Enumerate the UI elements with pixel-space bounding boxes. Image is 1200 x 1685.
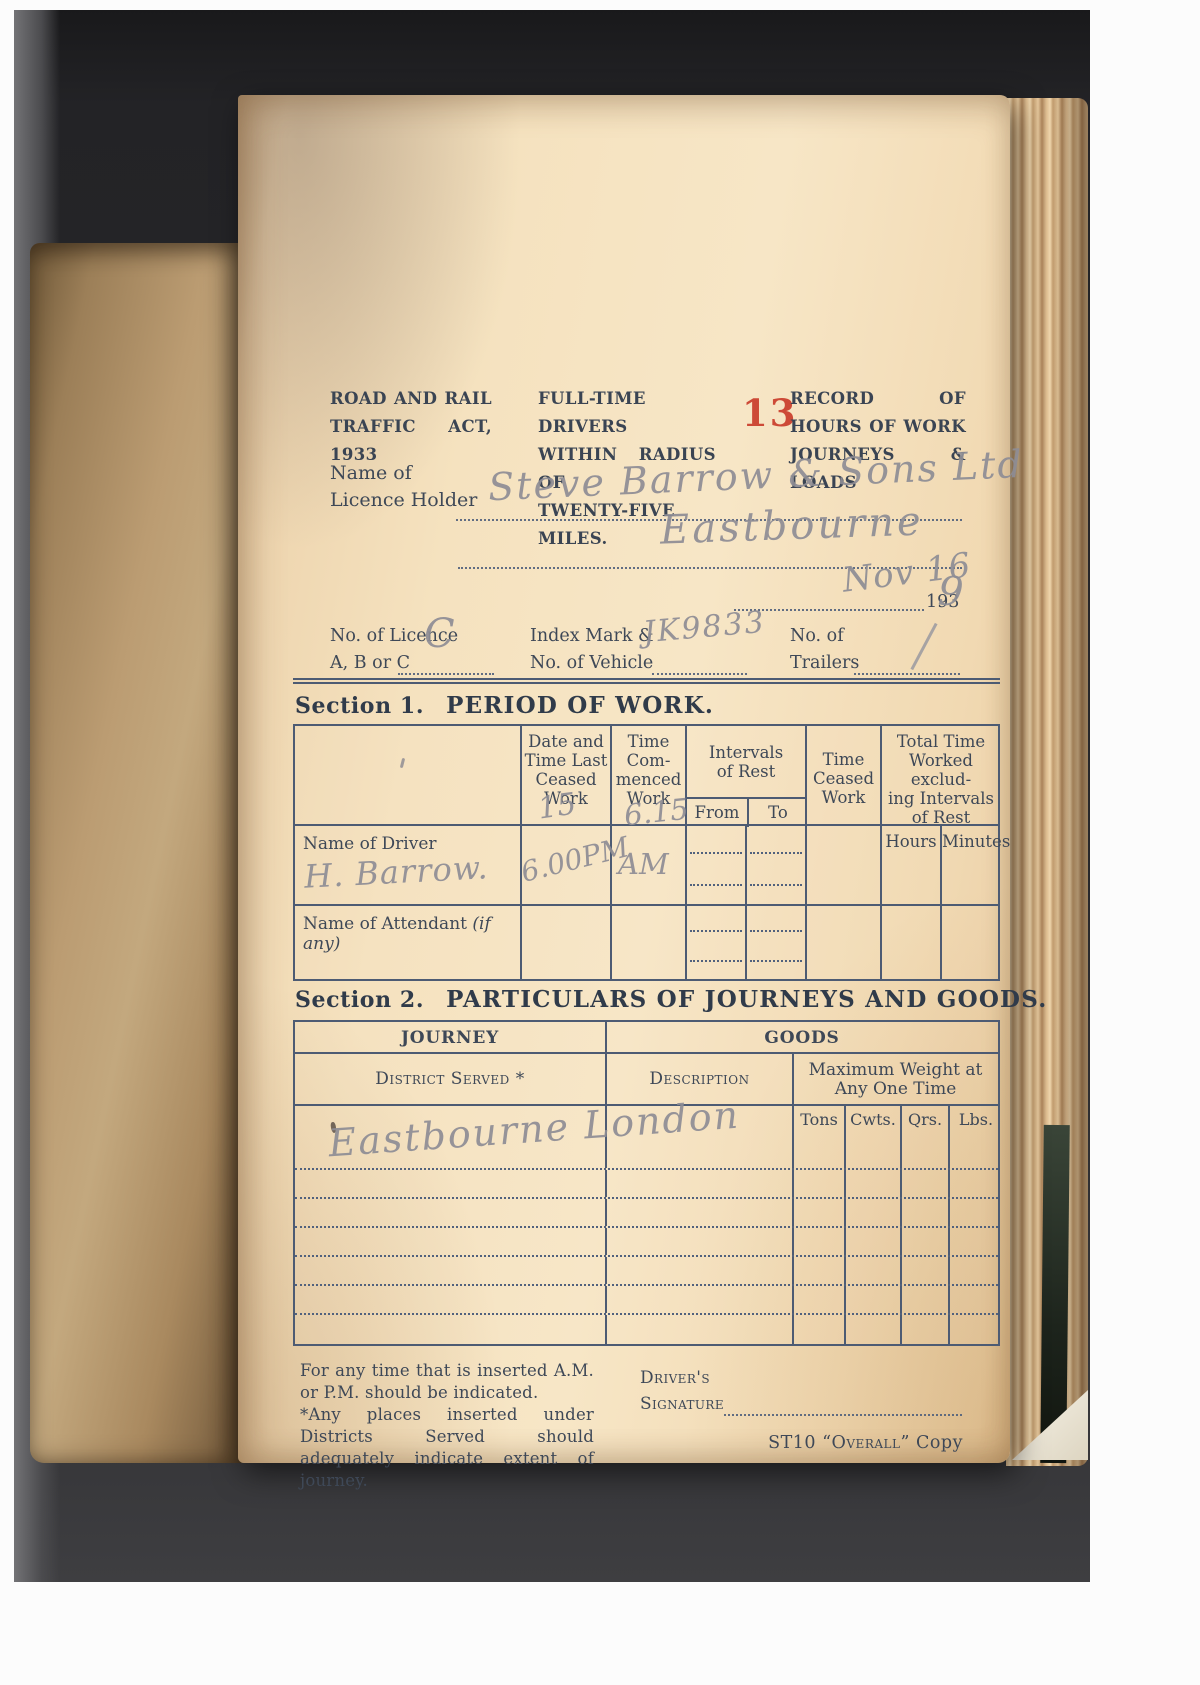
form-number-stamp: ST10 “Overall” Copy	[708, 1433, 963, 1453]
driver-signature-label: Driver's Signature	[640, 1365, 724, 1417]
tons-cell	[792, 1170, 844, 1197]
lbs-cell	[948, 1257, 1002, 1284]
handwriting-year-digit: 9	[937, 568, 965, 615]
handwriting-licence-holder-place: Eastbourne	[659, 498, 924, 553]
cwts-cell	[844, 1199, 900, 1226]
vehicle-line	[652, 672, 747, 675]
tons-cell	[792, 1199, 844, 1226]
licence-holder-label-line1: Name of	[330, 460, 477, 487]
licence-class-line	[398, 672, 494, 675]
attendant-date-last-ceased-cell	[520, 906, 610, 979]
col-header-cwts: Cwts.	[844, 1106, 900, 1168]
col-header-hours: Hours	[880, 826, 940, 904]
col-header-goods: GOODS	[605, 1022, 997, 1052]
rest-entry-line	[750, 852, 802, 854]
footer-note-1: For any time that is inserted A.M. or P.…	[300, 1360, 594, 1404]
district-served-cell	[295, 1228, 605, 1255]
driver-rest-from-cell	[685, 826, 745, 904]
district-served-cell	[295, 1257, 605, 1284]
section2-entry-row	[295, 1286, 998, 1315]
rest-entry-line	[750, 960, 802, 962]
section2-entry-row	[295, 1199, 998, 1228]
trailers-label: No. of Trailers	[790, 623, 859, 677]
book-cover-edge	[30, 243, 242, 1463]
licence-holder-label: Name of Licence Holder	[330, 460, 477, 514]
handwriting-vehicle-number: JK9833	[642, 605, 767, 651]
col-header-max-weight: Maximum Weight at Any One Time	[792, 1054, 997, 1104]
qrs-cell	[900, 1315, 948, 1344]
section2-title-prefix: Section 2.	[295, 987, 424, 1013]
section2-table: JOURNEY GOODS District Served * Descript…	[293, 1020, 1000, 1346]
rest-entry-line	[690, 852, 742, 854]
tons-cell	[792, 1286, 844, 1313]
stamp-overall: “Overall”	[822, 1433, 910, 1453]
col-header-journey: JOURNEY	[295, 1022, 605, 1052]
lbs-cell	[948, 1315, 1002, 1344]
vehicle-label-line2: No. of Vehicle	[530, 650, 654, 677]
tons-cell	[792, 1315, 844, 1344]
lbs-cell	[948, 1170, 1002, 1197]
driver-signature-line2: Signature	[640, 1391, 724, 1417]
col-header-total-time: Total Time Worked exclud- ing Intervals …	[880, 726, 1000, 827]
col-header-intervals-sub: From To	[687, 797, 805, 827]
section1-attendant-row: Name of Attendant (if any)	[295, 906, 998, 979]
handwriting-time-commenced-meridiem: AM	[618, 847, 669, 881]
attendant-rest-to-cell	[745, 906, 805, 979]
rest-entry-line	[690, 960, 742, 962]
col-header-intervals-label: Intervals of Rest	[687, 726, 805, 797]
stamp-st10: ST10	[768, 1433, 816, 1453]
rest-entry-line	[750, 884, 802, 886]
vehicle-label-line1: Index Mark &	[530, 623, 654, 650]
header-act-block: ROAD AND RAIL TRAFFIC ACT, 1933	[330, 385, 492, 469]
driver-signature-line	[724, 1413, 962, 1416]
cwts-cell	[844, 1286, 900, 1313]
district-served-cell	[295, 1286, 605, 1313]
section1-header-blank	[295, 726, 520, 827]
attendant-time-commenced-cell	[610, 906, 685, 979]
col-header-lbs: Lbs.	[948, 1106, 1002, 1168]
description-cell	[605, 1315, 792, 1344]
section1-title-prefix: Section 1.	[295, 693, 424, 719]
col-header-minutes: Minutes	[940, 826, 1000, 904]
col-header-intervals: Intervals of Rest From To	[685, 726, 805, 827]
col-header-time-ceased: Time Ceased Work	[805, 726, 880, 827]
header-act-line1: ROAD AND RAIL	[330, 385, 492, 413]
description-cell	[605, 1170, 792, 1197]
lbs-cell	[948, 1286, 1002, 1313]
qrs-cell	[900, 1286, 948, 1313]
district-served-cell	[295, 1170, 605, 1197]
attendant-row-label: Name of Attendant (if any)	[295, 906, 520, 979]
description-cell	[605, 1228, 792, 1255]
section2-entry-row	[295, 1257, 998, 1286]
section1-top-rule	[293, 678, 1000, 684]
trailers-label-line2: Trailers	[790, 650, 859, 677]
stamp-copy: Copy	[916, 1433, 963, 1453]
col-header-district-served: District Served *	[295, 1054, 605, 1104]
attendant-rest-from-cell	[685, 906, 745, 979]
section2-title-text: PARTICULARS OF JOURNEYS AND GOODS.	[446, 986, 1047, 1013]
lbs-cell	[948, 1199, 1002, 1226]
qrs-cell	[900, 1199, 948, 1226]
form-page: ROAD AND RAIL TRAFFIC ACT, 1933 FULL-TIM…	[238, 95, 1010, 1463]
cwts-cell	[844, 1228, 900, 1255]
handwriting-time-commenced: 6.15	[622, 792, 690, 833]
section2-title: Section 2.PARTICULARS OF JOURNEYS AND GO…	[295, 986, 1047, 1013]
attendant-label-text: Name of Attendant	[303, 914, 472, 934]
footer-note-2: *Any places inserted under Districts Ser…	[300, 1404, 594, 1492]
cwts-cell	[844, 1170, 900, 1197]
qrs-cell	[900, 1170, 948, 1197]
cwts-cell	[844, 1257, 900, 1284]
attendant-hours-cell	[880, 906, 940, 979]
qrs-cell	[900, 1257, 948, 1284]
attendant-time-ceased-cell	[805, 906, 880, 979]
handwriting-licence-class: C	[424, 611, 455, 657]
vehicle-label: Index Mark & No. of Vehicle	[530, 623, 654, 677]
col-header-from: From	[687, 799, 747, 827]
handwriting-date-last-ceased: 15	[536, 787, 579, 827]
trailers-line	[854, 672, 960, 675]
col-header-to: To	[747, 799, 807, 827]
footer-notes: For any time that is inserted A.M. or P.…	[300, 1360, 594, 1492]
col-header-qrs: Qrs.	[900, 1106, 948, 1168]
rest-entry-line	[690, 930, 742, 932]
description-cell	[605, 1199, 792, 1226]
cwts-cell	[844, 1315, 900, 1344]
description-cell	[605, 1257, 792, 1284]
rest-entry-line	[690, 884, 742, 886]
tons-cell	[792, 1228, 844, 1255]
section2-group-header-row: JOURNEY GOODS	[295, 1022, 998, 1054]
lbs-cell	[948, 1228, 1002, 1255]
handwriting-trailers-stroke	[910, 623, 937, 670]
section1-title: Section 1.PERIOD OF WORK.	[295, 692, 714, 719]
section2-entry-row	[295, 1315, 998, 1344]
header-record-line2: HOURS OF WORK	[790, 413, 966, 441]
trailers-label-line1: No. of	[790, 623, 859, 650]
header-radius-line1: FULL-TIME DRIVERS	[538, 385, 716, 441]
stray-pen-mark	[400, 758, 405, 768]
section2-entry-row	[295, 1228, 998, 1257]
driver-signature-line1: Driver's	[640, 1365, 724, 1391]
col-header-tons: Tons	[792, 1106, 844, 1168]
district-served-cell	[295, 1199, 605, 1226]
rest-entry-line	[750, 930, 802, 932]
driver-rest-to-cell	[745, 826, 805, 904]
driver-time-ceased-cell	[805, 826, 880, 904]
attendant-minutes-cell	[940, 906, 1000, 979]
licence-holder-label-line2: Licence Holder	[330, 487, 477, 514]
header-record-line1: RECORD OF	[790, 385, 966, 413]
tons-cell	[792, 1257, 844, 1284]
scanned-logbook-photo: ROAD AND RAIL TRAFFIC ACT, 1933 FULL-TIM…	[0, 0, 1200, 1685]
qrs-cell	[900, 1228, 948, 1255]
description-cell	[605, 1286, 792, 1313]
section2-entry-row	[295, 1170, 998, 1199]
district-served-cell	[295, 1315, 605, 1344]
section1-title-text: PERIOD OF WORK.	[446, 692, 714, 719]
